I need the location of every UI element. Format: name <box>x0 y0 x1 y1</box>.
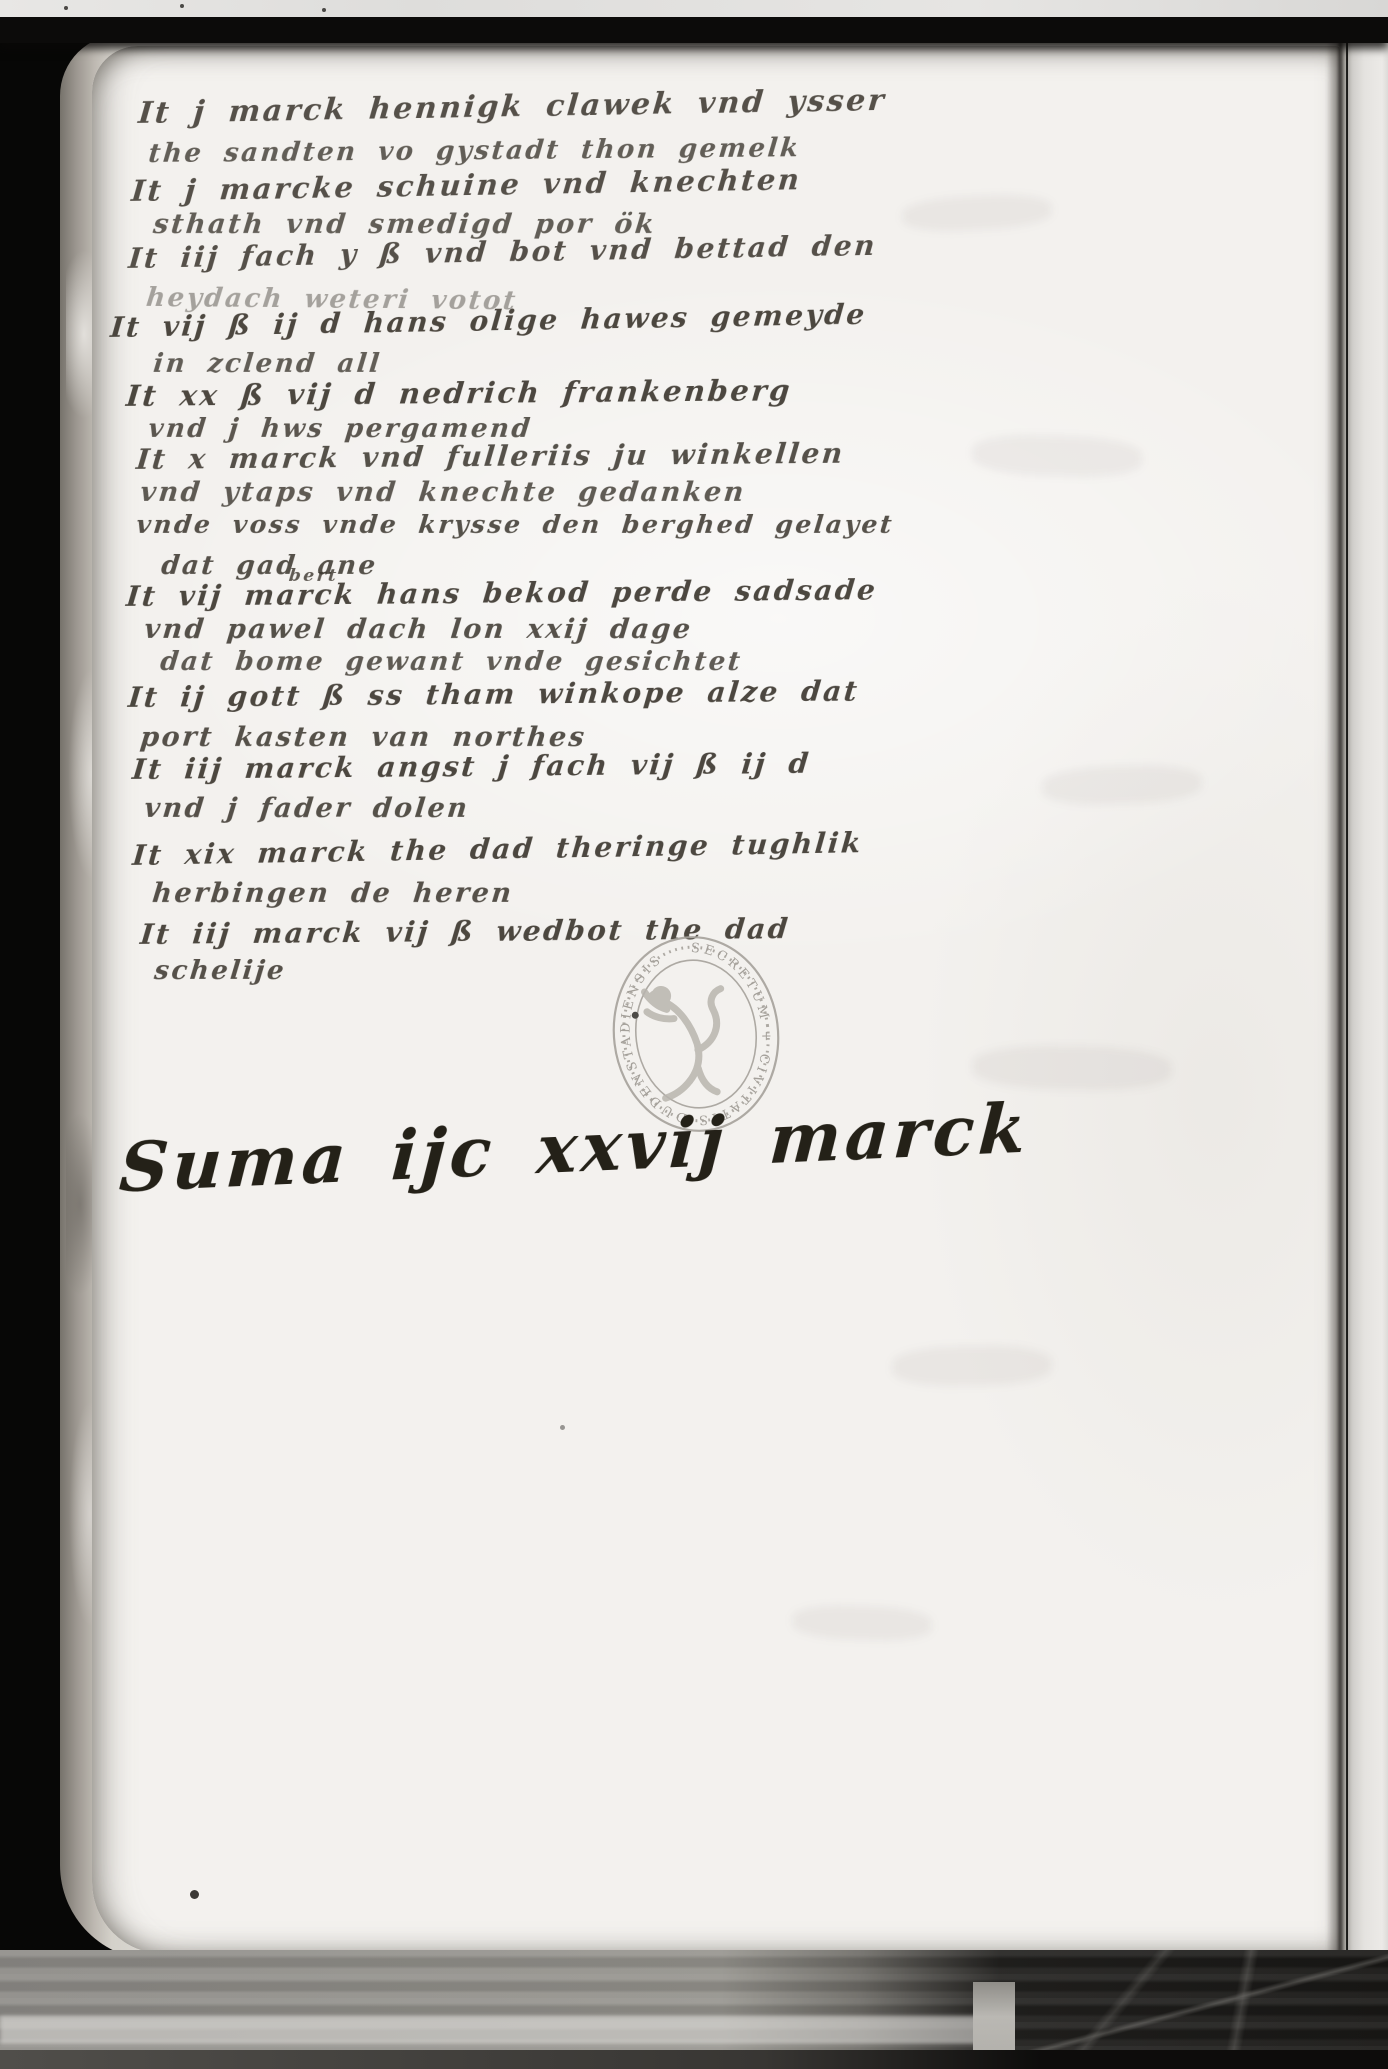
book-bottom-edge <box>0 1950 1388 2069</box>
show-through-mark <box>1041 763 1202 807</box>
show-through-mark <box>972 1044 1173 1091</box>
book-top-shadow <box>0 17 1388 43</box>
bottom-dark-edge <box>0 2050 1388 2069</box>
show-through-mark <box>971 433 1142 479</box>
dust-speck <box>180 4 184 8</box>
bottom-light-band <box>0 2016 1000 2044</box>
show-through-mark <box>901 192 1053 234</box>
manuscript-scan: It j marck hennigk clawek vnd ysserthe s… <box>0 0 1388 2069</box>
dust-speck <box>64 6 68 10</box>
show-through-mark <box>892 1345 1053 1388</box>
adjacent-page-edge <box>1348 17 1388 1962</box>
paper-fleck <box>190 1890 199 1899</box>
rampant-lion-icon <box>644 979 733 1099</box>
paper-fleck <box>560 1425 565 1430</box>
scanner-top-strip <box>0 0 1388 17</box>
show-through-mark <box>791 1604 932 1643</box>
book-gutter-crease <box>1326 40 1352 1955</box>
dust-speck <box>322 8 326 12</box>
